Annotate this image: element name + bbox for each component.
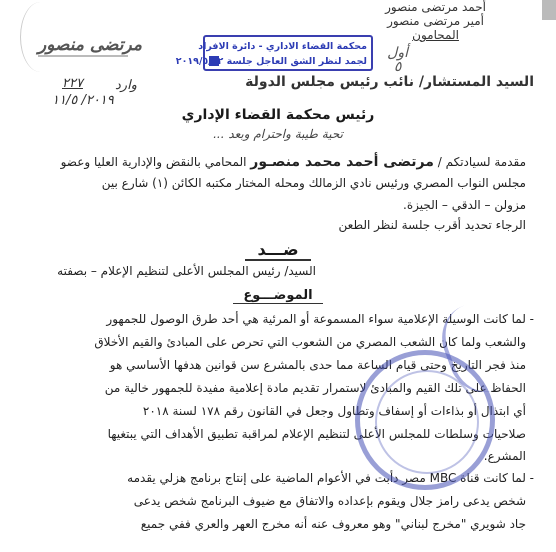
handwritten-note: أول ٥ xyxy=(387,46,408,74)
logo-text: مرتضى منصور xyxy=(38,35,142,55)
against-heading: ضـــد xyxy=(0,240,556,259)
intro-line-1: مقدمة لسيادتكم / مرتضى أحمد محمد منصـور … xyxy=(61,154,526,170)
intro-line-2: مجلس النواب المصري ورئيس نادي الزمالك وم… xyxy=(102,176,526,190)
lawyer-name: أمير مرتضى منصور xyxy=(385,14,486,28)
body-line: جاد شويري "مخرج لبناني" وهو معروف عنه أن… xyxy=(141,517,526,531)
respondent: السيد/ رئيس المجلس الأعلى لتنظيم الإعلام… xyxy=(57,264,316,278)
stamp-square-icon xyxy=(209,56,219,66)
receipt-label: وارد xyxy=(115,78,137,93)
lawyers-title: المحامون xyxy=(385,28,486,42)
handwritten-number: ٥ xyxy=(387,60,408,74)
body-line: - لما كانت قناة MBC مصر دأبت في الأعوام … xyxy=(127,471,534,485)
stamp-line-1: محكمة القضاء الاداري - دائرة الافراد xyxy=(209,39,367,54)
receipt-date: ٢٠١٩/ ١١/٥ xyxy=(52,93,114,108)
court-title: رئيس محكمة القضاء الإداري xyxy=(0,107,556,123)
logo-subline xyxy=(38,55,128,57)
stamp-line-2: لجمد لنظر الشق العاجل جلسة ٢٠١٩/٥/٨٢ xyxy=(209,54,367,69)
scan-artifact xyxy=(542,0,556,20)
lawyer-name: أحمد مرتضى منصور xyxy=(385,0,486,14)
body-line: المشرع. xyxy=(484,449,526,463)
receipt-number: ٢٢٧ xyxy=(62,76,83,91)
intro-prefix: مقدمة لسيادتكم / xyxy=(438,155,526,169)
greeting: تحية طيبة واحترام وبعد ... xyxy=(0,127,556,141)
subject-heading-text: الموضـــوع xyxy=(233,288,322,304)
against-heading-text: ضـــد xyxy=(245,240,310,261)
lawyers-header: أحمد مرتضى منصور أمير مرتضى منصور المحام… xyxy=(385,0,486,42)
subject-heading: الموضـــوع xyxy=(0,288,556,303)
addressee: السيد المستشار/ نائب رئيس مجلس الدولة xyxy=(245,74,534,90)
handwritten-word: أول xyxy=(387,46,408,60)
court-stamp: محكمة القضاء الاداري - دائرة الافراد لجم… xyxy=(203,35,373,71)
body-line: شخص يدعى رامز جلال ويقوم بإعداده والاتفا… xyxy=(134,494,526,508)
intro-line-4: الرجاء تحديد أقرب جلسة لنظر الطعن xyxy=(339,218,526,232)
petitioner-name: مرتضى أحمد محمد منصـور xyxy=(250,154,434,170)
intro-rest: المحامي بالنقض والإدارية العليا وعضو xyxy=(61,155,247,169)
intro-line-3: مزولن – الدقي – الجيزة. xyxy=(403,198,526,212)
